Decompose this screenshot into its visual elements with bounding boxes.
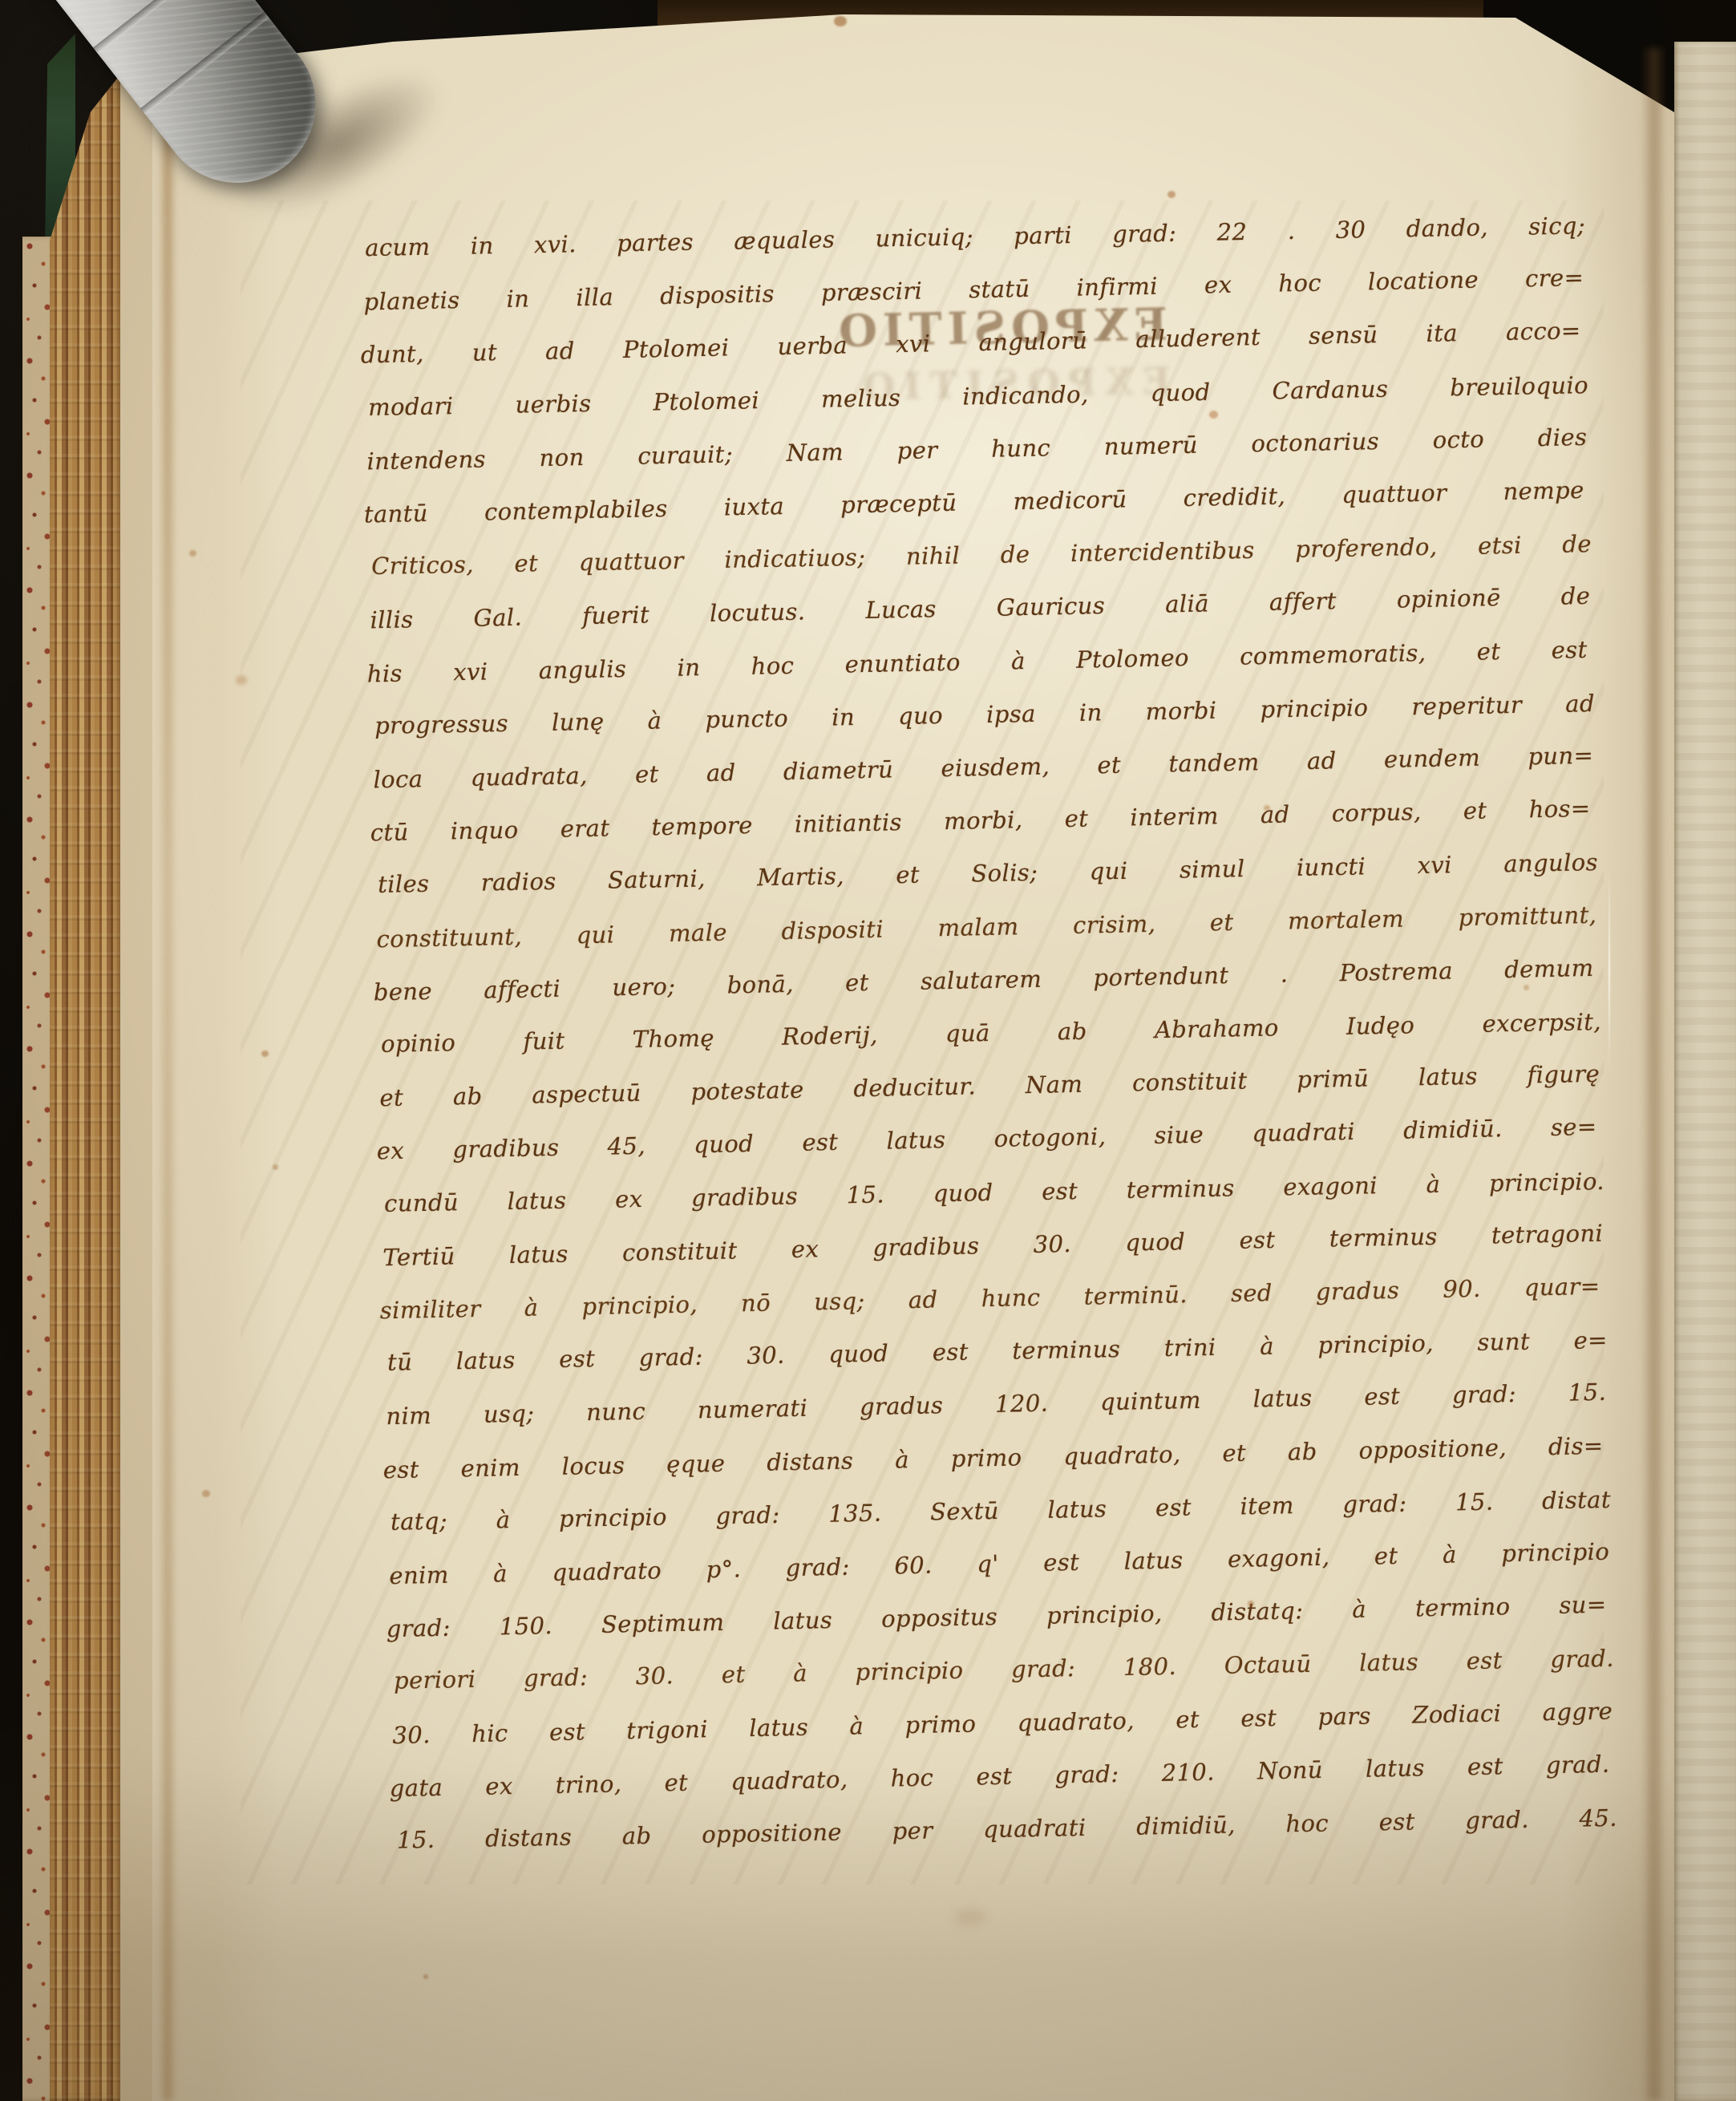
browned-leaf-edges [50, 48, 123, 2101]
page-right-crease [1642, 48, 1663, 2101]
manuscript-text-block: acum in xvi. partes æquales unicuiq; par… [362, 198, 1616, 1868]
clip-bend-line [93, 0, 222, 54]
paper-scratch [1609, 866, 1610, 1075]
clip-bend-line [140, 11, 269, 115]
manuscript-photo: EXPOSITIO EXPOSITIO acum in xvi. partes … [0, 0, 1736, 2101]
next-page-edge [1674, 42, 1736, 2101]
gutter-crease [164, 96, 172, 2101]
